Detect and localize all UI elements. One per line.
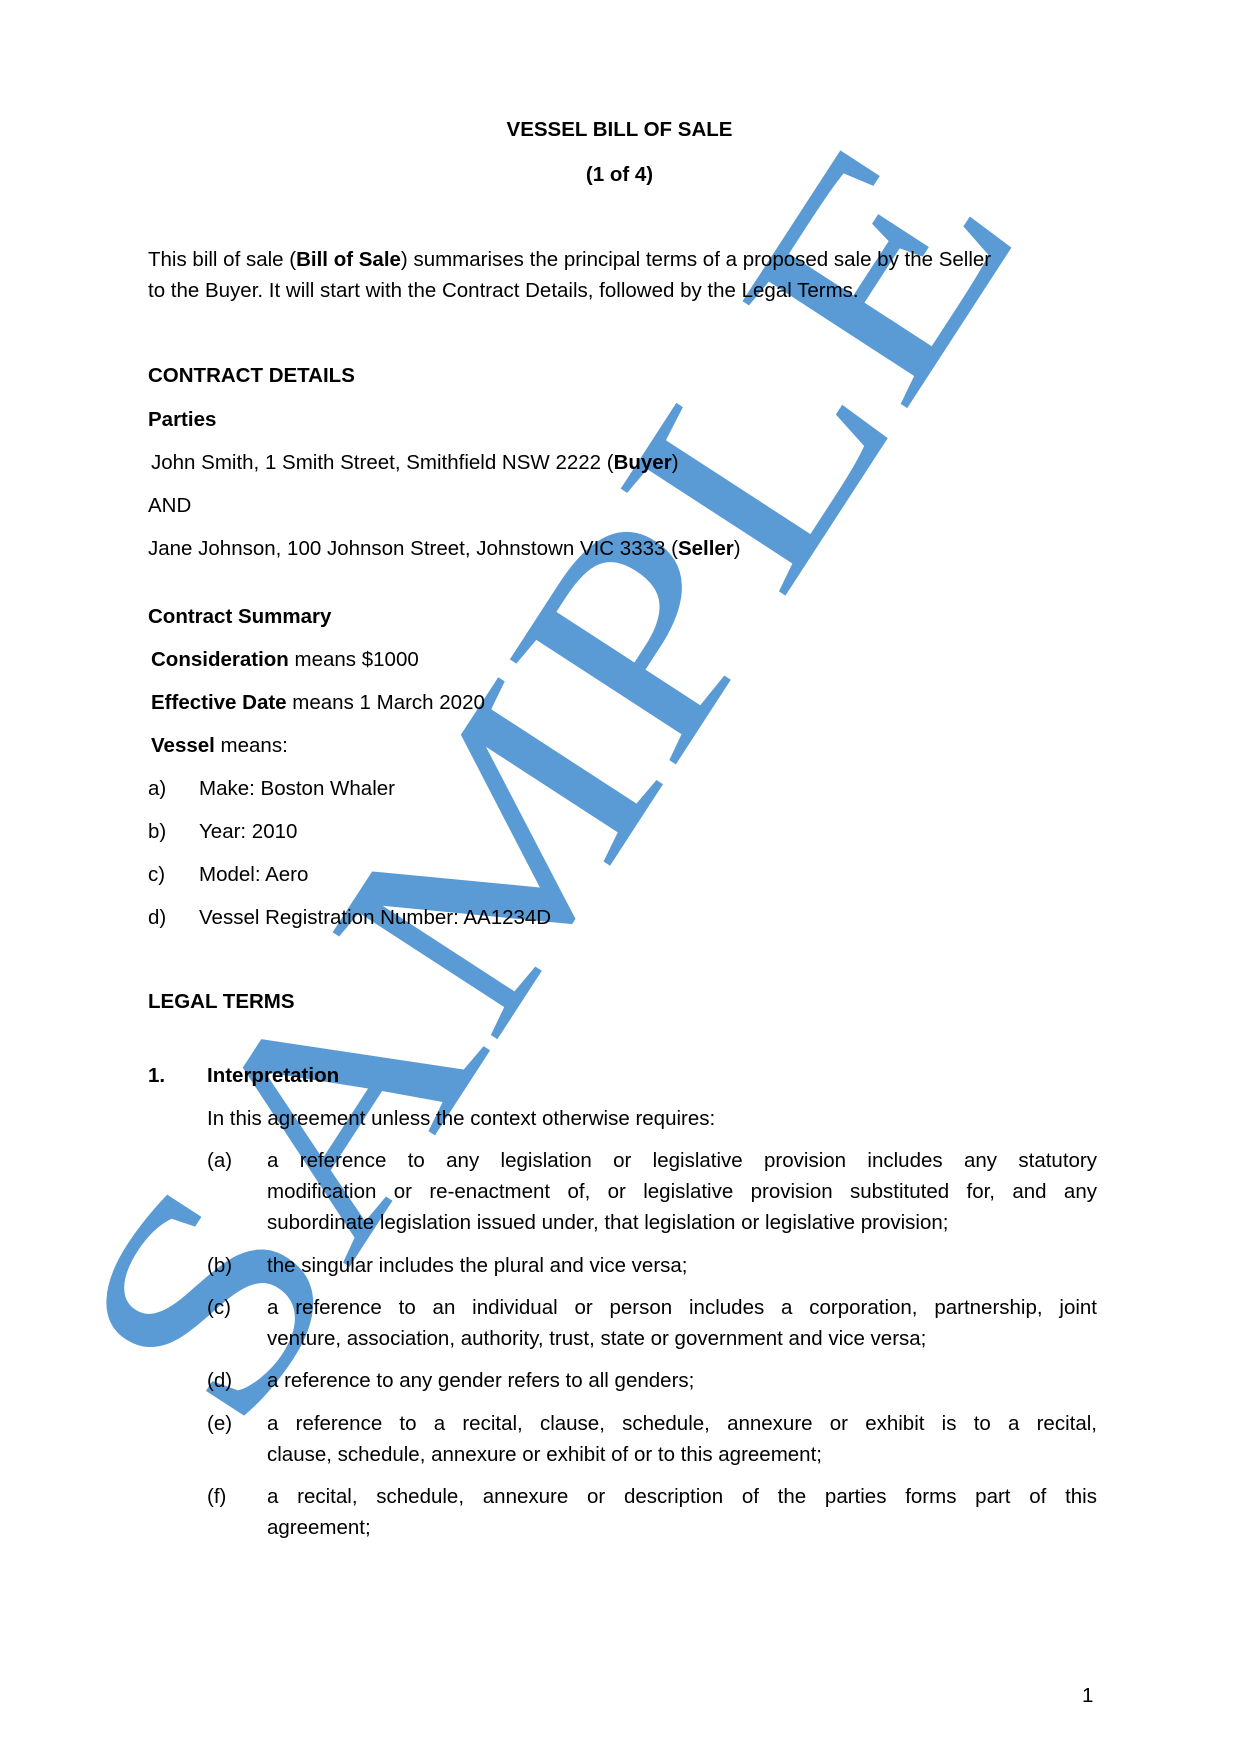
legal-terms-heading: LEGAL TERMS	[148, 990, 295, 1014]
clause-number: 1.	[148, 1064, 165, 1088]
interpretation-item-text: a reference to any legislation or legisl…	[267, 1149, 1097, 1173]
defined-term: Bill of Sale	[296, 248, 401, 271]
interpretation-item-text: a reference to an individual or person i…	[267, 1296, 1097, 1320]
interpretation-item-text: a recital, schedule, annexure or descrip…	[267, 1485, 1097, 1509]
interpretation-item-label: (a)	[207, 1149, 232, 1173]
interpretation-item-label: (e)	[207, 1412, 232, 1436]
interpretation-item-text: clause, schedule, annexure or exhibit of…	[267, 1443, 1097, 1467]
interpretation-item-text: subordinate legislation issued under, th…	[267, 1211, 1097, 1235]
effective-date-definition: Effective Date means 1 March 2020	[151, 691, 485, 715]
vessel-item-text: Model: Aero	[199, 863, 308, 887]
vessel-item-label: a)	[148, 777, 166, 801]
intro-paragraph-line-2: to the Buyer. It will start with the Con…	[148, 279, 859, 303]
vessel-item-text: Make: Boston Whaler	[199, 777, 395, 801]
interpretation-item-text: a reference to any gender refers to all …	[267, 1369, 1097, 1393]
interpretation-item-text: a reference to a recital, clause, schedu…	[267, 1412, 1097, 1436]
clause-intro: In this agreement unless the context oth…	[207, 1107, 715, 1131]
interpretation-item-label: (d)	[207, 1369, 232, 1393]
buyer-party: John Smith, 1 Smith Street, Smithfield N…	[151, 451, 679, 475]
contract-details-heading: CONTRACT DETAILS	[148, 364, 355, 388]
intro-paragraph-line-1: This bill of sale (Bill of Sale) summari…	[148, 248, 991, 272]
document-page: SAMPLE VESSEL BILL OF SALE (1 of 4) This…	[0, 0, 1239, 1754]
page-number: 1	[1082, 1684, 1093, 1708]
interpretation-item-label: (f)	[207, 1485, 226, 1509]
contract-summary-heading: Contract Summary	[148, 605, 331, 629]
parties-heading: Parties	[148, 408, 216, 432]
clause-title: Interpretation	[207, 1064, 339, 1088]
vessel-item-label: b)	[148, 820, 166, 844]
interpretation-item-text: venture, association, authority, trust, …	[267, 1327, 1097, 1351]
and-separator: AND	[148, 494, 191, 518]
interpretation-item-label: (b)	[207, 1254, 232, 1278]
document-subtitle: (1 of 4)	[0, 163, 1239, 187]
seller-party: Jane Johnson, 100 Johnson Street, Johnst…	[148, 537, 741, 561]
interpretation-item-text: agreement;	[267, 1516, 1097, 1540]
interpretation-item-text: the singular includes the plural and vic…	[267, 1254, 1097, 1278]
vessel-item-text: Year: 2010	[199, 820, 297, 844]
vessel-item-text: Vessel Registration Number: AA1234D	[199, 906, 551, 930]
document-title: VESSEL BILL OF SALE	[0, 118, 1239, 142]
interpretation-item-text: modification or re-enactment of, or legi…	[267, 1180, 1097, 1204]
vessel-definition: Vessel means:	[151, 734, 288, 758]
vessel-item-label: c)	[148, 863, 165, 887]
vessel-item-label: d)	[148, 906, 166, 930]
consideration-definition: Consideration means $1000	[151, 648, 419, 672]
interpretation-item-label: (c)	[207, 1296, 231, 1320]
